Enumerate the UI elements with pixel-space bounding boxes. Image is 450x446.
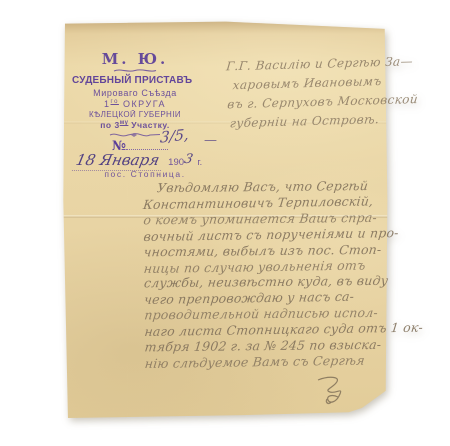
handwritten-date: 18 Января: [72, 151, 165, 171]
district-ordinal-sup: го: [111, 99, 119, 105]
letter-content: М. Ю. СУДЕБНЫЙ ПРИСТАВЪ Мироваго Съѣзда …: [60, 18, 392, 422]
district-word: ОКРУГА: [123, 99, 166, 109]
signature-flourish-icon: [312, 374, 352, 408]
letter-body: Увѣдомляю Васъ, что Сергѣй Константинови…: [143, 178, 401, 372]
stamp-court-line: Мироваго Съѣзда: [78, 88, 192, 98]
handwritten-year-digit: 3: [183, 152, 194, 167]
stamp-district-line: 1го ОКРУГА: [78, 99, 192, 109]
scanned-letter: М. Ю. СУДЕБНЫЙ ПРИСТАВЪ Мироваго Съѣзда …: [60, 18, 392, 422]
recipient-address-block: Г.Г. Василію и Сергѣю За— харовымъ Ивано…: [226, 53, 398, 134]
official-stamp-block: М. Ю. СУДЕБНЫЙ ПРИСТАВЪ Мироваго Съѣзда …: [78, 50, 192, 139]
place-line: пос. Стопница.: [90, 169, 200, 179]
flourish-divider-icon: [113, 67, 157, 74]
stamp-title: СУДЕБНЫЙ ПРИСТАВЪ: [72, 75, 192, 86]
body-line: нію слѣдуемое Вамъ съ Сергѣя: [144, 352, 402, 372]
stamp-governorate-line: КѢЛЕЦКОЙ ГУБЕРНІИ: [78, 110, 192, 119]
precinct-ordinal-sup: му: [120, 120, 129, 126]
pen-dash-mark: —: [204, 133, 217, 148]
stamp-ministry-abbr: М. Ю.: [78, 50, 192, 68]
precinct-number: по 3: [100, 120, 119, 130]
date-line: 18 Января 1903 г.: [74, 150, 202, 171]
printed-year-prefix: 190: [168, 157, 184, 168]
address-line: губерніи на Островѣ.: [227, 110, 399, 134]
case-number-value: 3/5,: [159, 125, 189, 146]
year-suffix: г.: [197, 157, 202, 167]
